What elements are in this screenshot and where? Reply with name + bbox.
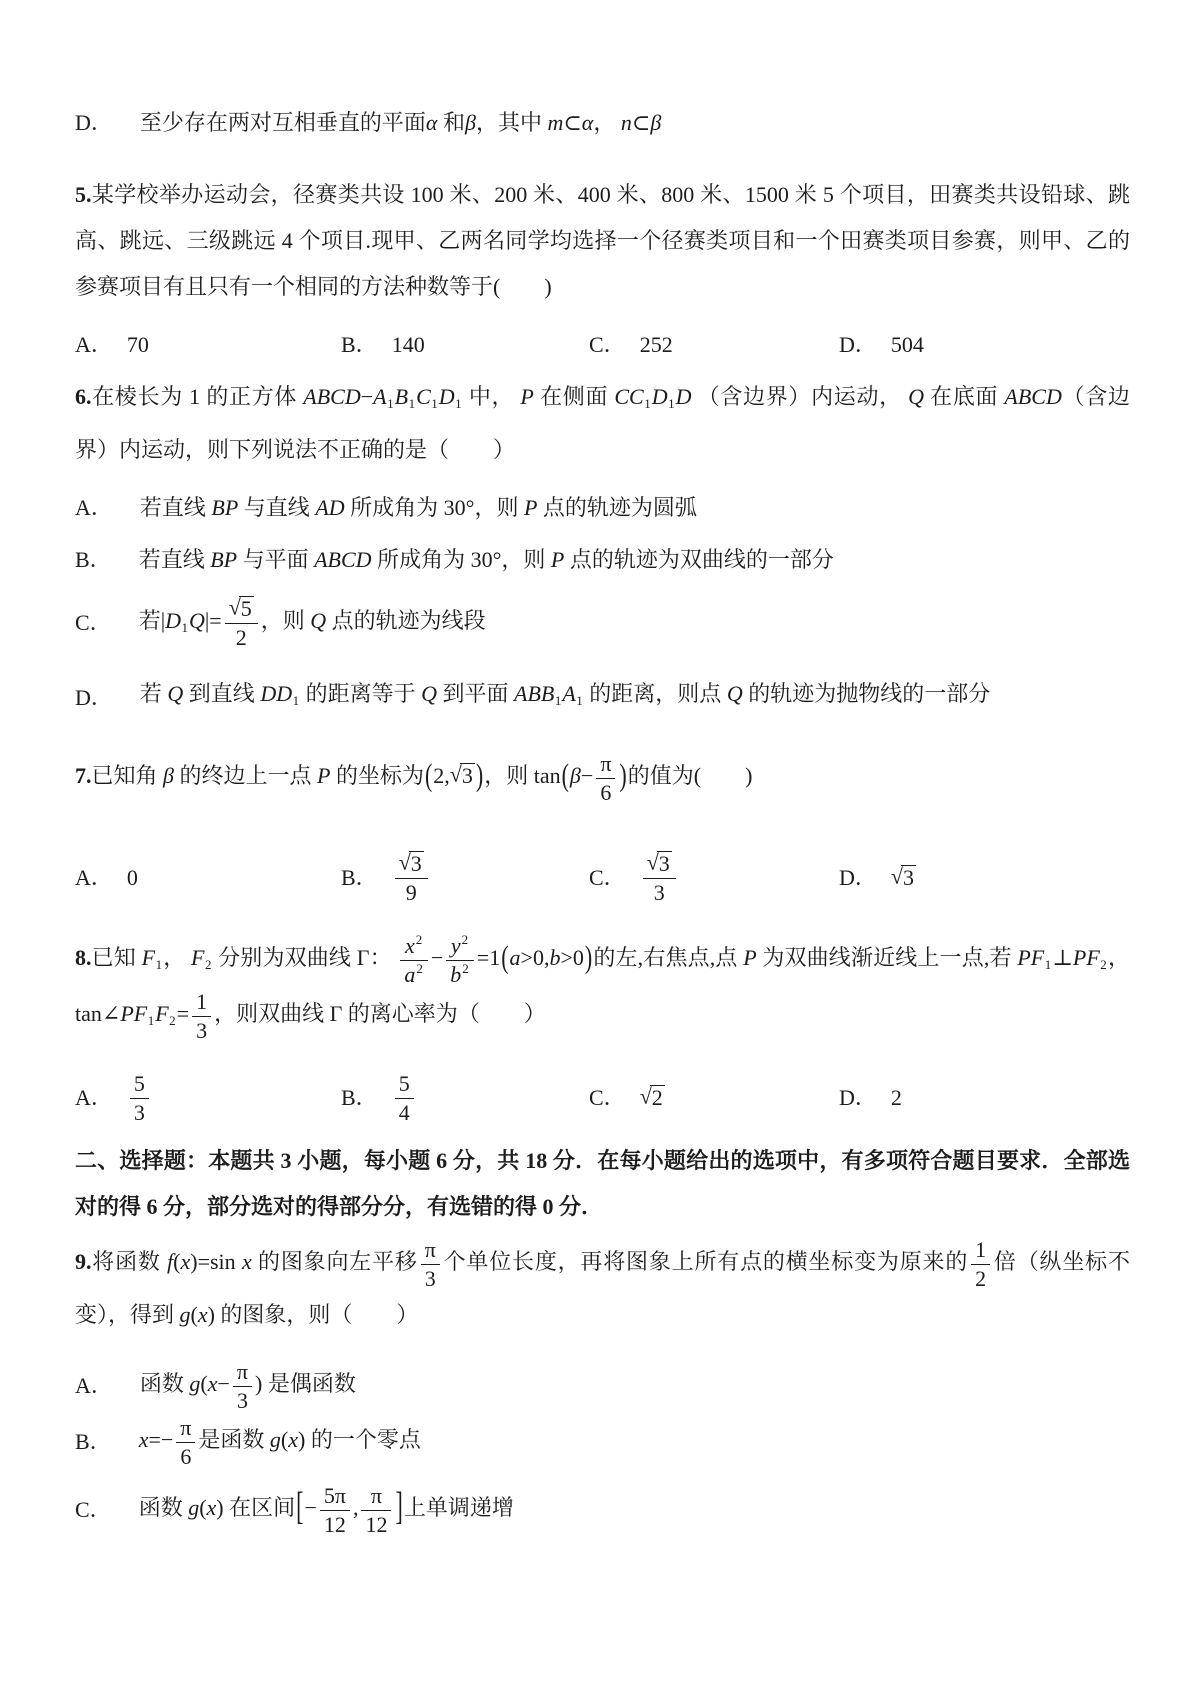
option-label: C． [75,1487,112,1533]
big-parens-group: (β−π6) [561,750,628,806]
fraction: π12 [361,1482,391,1538]
rich-text: 将函数 f(x)=sin x 的图象向左平移π3个单位长度，再将图象上所有点的横… [75,1249,1130,1327]
option-label: A． [75,485,113,531]
option-label: A． [75,1075,113,1121]
option-value: 2 [891,1075,902,1121]
option-cell: C．√33 [589,850,839,906]
option-label: B． [341,1075,378,1121]
option-value: 252 [640,322,673,368]
rich-text: 函数 g(x) 在区间[−5π12,π12]上单调递增 [139,1482,514,1538]
radical: √3 [450,753,475,799]
option-label: C． [75,600,112,646]
option-cell: A．53 [75,1070,341,1126]
option-line: B．x=−π6是函数 g(x) 的一个零点 [75,1414,1130,1470]
option-label: B． [341,322,378,368]
radical-sign-icon: √ [647,849,659,877]
big-brackets-group: [−5π12,π12] [295,1482,404,1538]
big-parens-group: (2,√3) [424,753,484,799]
fraction: 13 [192,988,211,1044]
question-paragraph: 6.在棱长为 1 的正方体 ABCD−A1B1C1D1 中， P 在侧面 CC1… [75,374,1130,473]
radical-sign-icon: √ [640,1074,652,1120]
fraction: √33 [643,850,676,906]
fraction: π3 [421,1236,440,1292]
option-cell: C．√2 [589,1075,839,1121]
radical: √3 [399,850,424,878]
rich-text: 某学校举办运动会，径赛类共设 100 米、200 米、400 米、800 米、1… [75,182,1130,299]
rich-text: 已知 F1， F2 分别为双曲线 Γ： x2a2−y2b2=1(a>0,b>0)… [75,945,1130,1026]
option-value: √39 [392,850,431,906]
option-label: D． [839,322,877,368]
fraction: 12 [971,1236,990,1292]
fraction: π6 [596,750,615,806]
fraction: x2a2 [400,932,428,988]
option-line: C．函数 g(x) 在区间[−5π12,π12]上单调递增 [75,1482,1130,1538]
fraction: π6 [176,1414,195,1470]
option-label: A． [75,322,113,368]
option-cell: A．0 [75,855,341,901]
rich-text: 已知角 β 的终边上一点 P 的坐标为(2,√3)，则 tan(β−π6)的值为… [92,763,753,788]
option-value: 70 [127,322,149,368]
question-number: 9. [75,1249,92,1274]
rich-text: 若|D1Q|=√52，则 Q 点的轨迹为线段 [139,595,486,651]
fraction: y2b2 [446,932,474,988]
option-label: D． [839,855,877,901]
option-label: C． [589,855,626,901]
option-label: C． [589,1075,626,1121]
option-cell: D．√3 [839,855,1130,901]
radical-sign-icon: √ [891,854,903,900]
option-label: A． [75,1363,113,1409]
rich-text: x=−π6是函数 g(x) 的一个零点 [139,1414,421,1470]
option-value: 504 [891,322,924,368]
option-cell: C．252 [589,322,839,368]
question-number: 7. [75,763,92,788]
option-line: D．至少存在两对互相垂直的平面α 和β，其中 m⊂α， n⊂β [75,100,1130,146]
radical-sign-icon: √ [450,752,462,798]
fraction: √39 [395,850,428,906]
options-row: A．70B．140C．252D．504 [75,322,1130,368]
option-cell: B．√39 [341,850,589,906]
option-label: D． [839,1075,877,1121]
option-line: B．若直线 BP 与平面 ABCD 所成角为 30°，则 P 点的轨迹为双曲线的… [75,537,1130,583]
fraction: 5π12 [320,1482,350,1538]
rich-text: 至少存在两对互相垂直的平面α 和β，其中 m⊂α， n⊂β [140,100,661,146]
question-paragraph: 9.将函数 f(x)=sin x 的图象向左平移π3个单位长度，再将图象上所有点… [75,1236,1130,1338]
radical: √2 [640,1075,665,1121]
option-label: B． [341,855,378,901]
rich-text: 若直线 BP 与直线 AD 所成角为 30°，则 P 点的轨迹为圆弧 [140,485,697,531]
fraction: 53 [130,1070,149,1126]
option-cell: A．70 [75,322,341,368]
question-paragraph: 8.已知 F1， F2 分别为双曲线 Γ： x2a2−y2b2=1(a>0,b>… [75,932,1130,1044]
option-label: D． [75,675,113,721]
option-value: √3 [891,855,916,901]
option-line: C．若|D1Q|=√52，则 Q 点的轨迹为线段 [75,595,1130,651]
question-number: 6. [75,384,92,409]
option-label: B． [75,537,112,583]
option-value: 53 [127,1070,152,1126]
question-paragraph: 5.某学校举办运动会，径赛类共设 100 米、200 米、400 米、800 米… [75,172,1130,310]
option-value: 54 [392,1070,417,1126]
question-number: 5. [75,182,92,207]
rich-text: 在棱长为 1 的正方体 ABCD−A1B1C1D1 中， P 在侧面 CC1D1… [75,384,1130,462]
option-line: A．函数 g(x−π3) 是偶函数 [75,1358,1130,1414]
rich-text: 二、选择题：本题共 3 小题，每小题 6 分，共 18 分．在每小题给出的选项中… [75,1148,1130,1219]
fraction: √52 [225,595,258,651]
option-label: D． [75,100,113,146]
exam-content: D．至少存在两对互相垂直的平面α 和β，其中 m⊂α， n⊂β5.某学校举办运动… [75,100,1130,1538]
option-line: A．若直线 BP 与直线 AD 所成角为 30°，则 P 点的轨迹为圆弧 [75,485,1130,531]
rich-text: 函数 g(x−π3) 是偶函数 [140,1358,356,1414]
radical: √3 [891,855,916,901]
option-value: √33 [640,850,679,906]
fraction: 54 [395,1070,414,1126]
radical-sign-icon: √ [229,594,241,622]
radical: √3 [647,850,672,878]
option-line: D．若 Q 到直线 DD1 的距离等于 Q 到平面 ABB1A1 的距离，则点 … [75,671,1130,724]
option-value: 140 [392,322,425,368]
options-row: A．0B．√39C．√33D．√3 [75,850,1130,906]
section-header: 二、选择题：本题共 3 小题，每小题 6 分，共 18 分．在每小题给出的选项中… [75,1138,1130,1230]
rich-text: 若 Q 到直线 DD1 的距离等于 Q 到平面 ABB1A1 的距离，则点 Q … [140,671,990,724]
option-label: B． [75,1419,112,1465]
option-cell: D．504 [839,322,1130,368]
option-cell: B．140 [341,322,589,368]
options-row: A．53B．54C．√2D．2 [75,1070,1130,1126]
rich-text: 若直线 BP 与平面 ABCD 所成角为 30°，则 P 点的轨迹为双曲线的一部… [139,537,834,583]
option-value: 0 [127,855,138,901]
option-cell: D．2 [839,1075,1130,1121]
radical: √5 [229,595,254,623]
option-value: √2 [640,1075,665,1121]
big-parens-group: (a>0,b>0) [500,935,593,981]
fraction: π3 [233,1358,252,1414]
exam-page: D．至少存在两对互相垂直的平面α 和β，其中 m⊂α， n⊂β5.某学校举办运动… [0,0,1200,1698]
question-number: 8. [75,945,92,970]
option-label: C． [589,322,626,368]
question-paragraph: 7.已知角 β 的终边上一点 P 的坐标为(2,√3)，则 tan(β−π6)的… [75,750,1130,806]
option-label: A． [75,855,113,901]
option-cell: B．54 [341,1070,589,1126]
radical-sign-icon: √ [399,849,411,877]
